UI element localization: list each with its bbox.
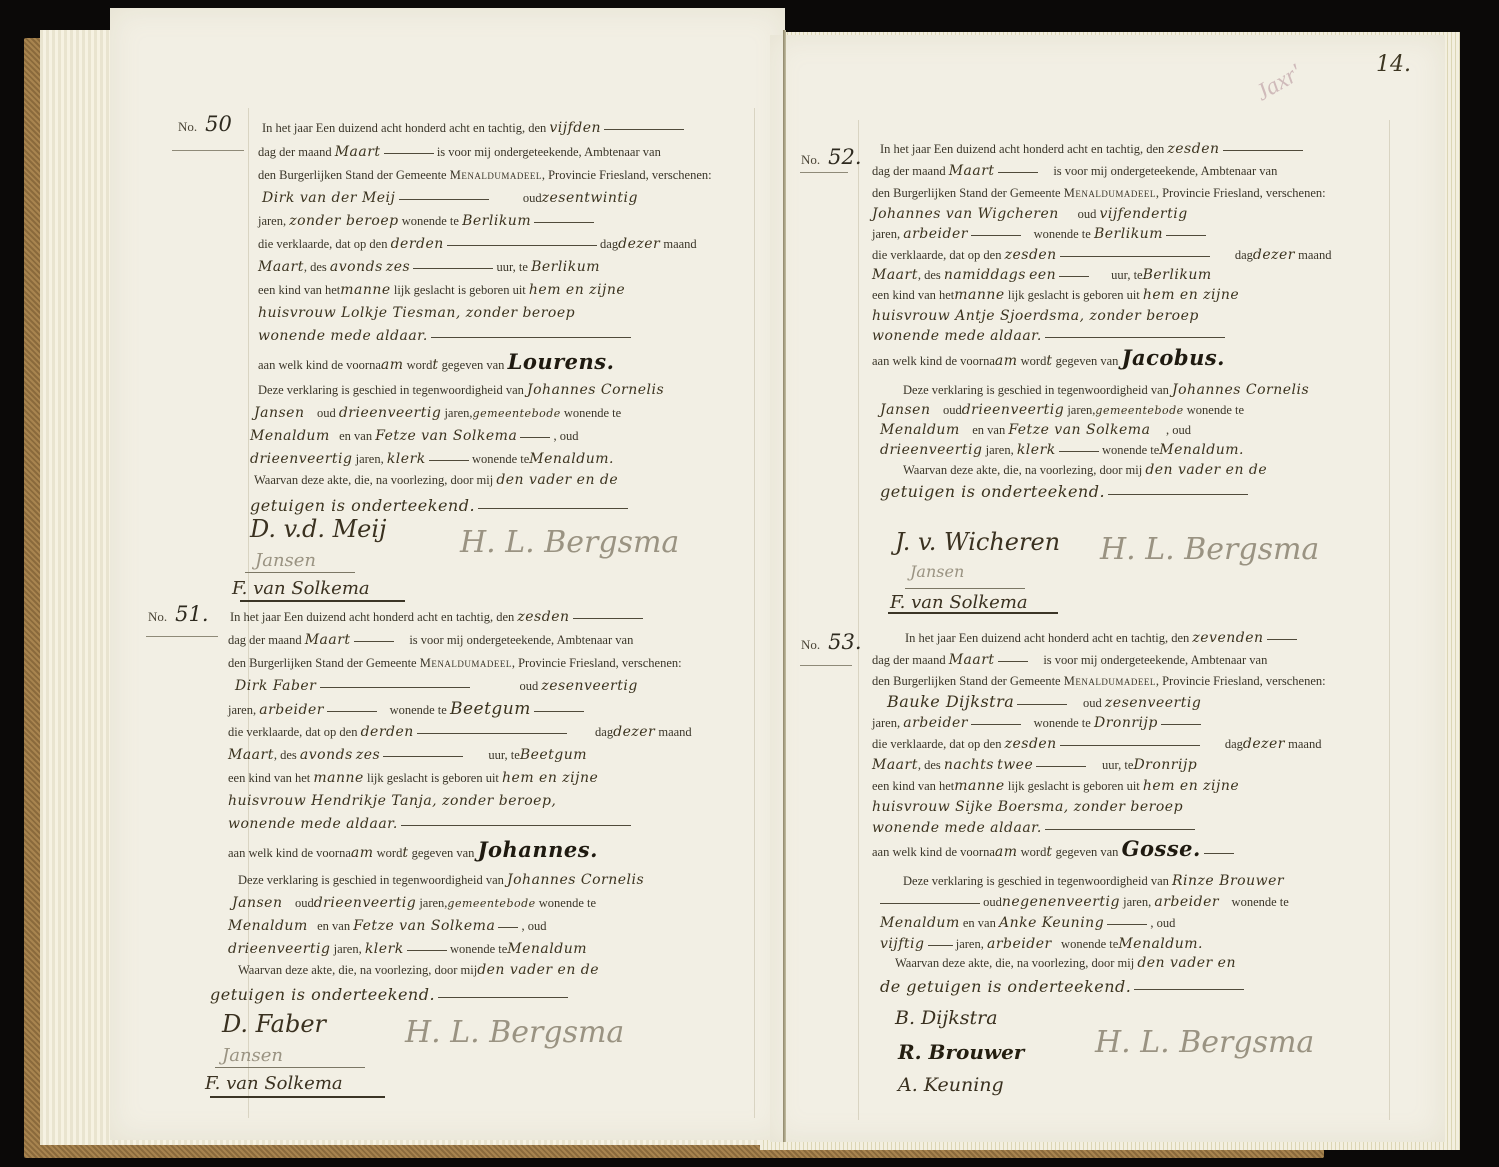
entry-line-6: die verklaarde, dat op den zesden dagdez… xyxy=(872,245,1331,267)
signature-witness-2: F. van Solkema xyxy=(232,578,370,599)
entry-line-8: een kind van hetmanne lijk geslacht is g… xyxy=(258,280,625,302)
entry-number-rule xyxy=(146,636,218,637)
book-gutter xyxy=(783,30,786,1142)
witness-line-1: Deze verklaring is geschied in tegenwoor… xyxy=(258,380,664,402)
signature-witness-1: Jansen xyxy=(255,550,316,571)
entry-line-7: Maart, des avonds zes uur, teBeetgum xyxy=(228,745,587,767)
entry-number: No.50 xyxy=(178,112,232,136)
entry-line-9: huisvrouw Sijke Boersma, zonder beroep xyxy=(872,797,1183,819)
signature-witness-2: F. van Solkema xyxy=(205,1073,343,1094)
signature-registrar: H. L. Bergsma xyxy=(1100,532,1319,567)
entry-line-7: Maart, des avonds zes uur, te Berlikum xyxy=(258,257,600,279)
signature-registrar: H. L. Bergsma xyxy=(460,525,679,560)
entry-line-3: den Burgerlijken Stand der Gemeente Mena… xyxy=(228,653,682,675)
witness-line-2: oudnegenenveertig jaren, arbeider wonend… xyxy=(880,892,1289,914)
entry-line-10: wonende mede aldaar. xyxy=(228,814,631,836)
signature-witness-2: F. van Solkema xyxy=(890,592,1028,613)
entry-line-1: In het jaar Een duizend acht honderd ach… xyxy=(262,118,684,140)
entry-line-5: jaren, zonder beroep wonende te Berlikum xyxy=(258,211,594,233)
entry-line-3: den Burgerlijken Stand der Gemeente Mena… xyxy=(872,183,1326,205)
witness-line-4: drieenveertig jaren, klerk wonende teMen… xyxy=(250,449,614,471)
signature-father: D. Faber xyxy=(222,1010,326,1038)
entry-line-7: Maart, des nachts twee uur, teDronrijp xyxy=(872,755,1197,777)
witness-line-2: Jansen oud drieenveertig jaren,gemeenteb… xyxy=(254,403,621,425)
entry-line-2: dag der maand Maart is voor mij onderget… xyxy=(228,630,633,652)
signature-underline xyxy=(210,1096,385,1098)
witness-line-3: Menaldum en van Fetze van Solkema , oud xyxy=(228,916,547,938)
entry-line-4: Dirk van der Meij oudzesentwintig xyxy=(262,188,638,210)
entry-line-6: die verklaarde, dat op den derden dagdez… xyxy=(228,722,692,744)
entry-line-3: den Burgerlijken Stand der Gemeente Mena… xyxy=(872,671,1326,693)
entry-number: No.52. xyxy=(801,145,862,169)
entry-line-6: die verklaarde, dat op den derden dagdez… xyxy=(258,234,697,256)
signature-father: B. Dijkstra xyxy=(895,1007,998,1029)
entry-line-1: In het jaar Een duizend acht honderd ach… xyxy=(905,628,1297,650)
child-name: Lourens. xyxy=(508,349,615,374)
entry-line-8: een kind van het manne lijk geslacht is … xyxy=(228,768,598,790)
witness-line-4: drieenveertig jaren, klerk wonende teMen… xyxy=(228,939,587,961)
child-name: Johannes. xyxy=(478,837,598,862)
entry-line-8: een kind van hetmanne lijk geslacht is g… xyxy=(872,776,1239,798)
signature-underline xyxy=(240,600,405,602)
witness-line-2: Jansen ouddrieenveertig jaren,gemeentebo… xyxy=(232,893,596,915)
entry-line-6: die verklaarde, dat op den zesden dagdez… xyxy=(872,734,1321,756)
entry-line-2: dag der maand Maart is voor mij onderget… xyxy=(258,142,661,164)
signature-witness-1: Jansen xyxy=(222,1045,283,1066)
signature-registrar: H. L. Bergsma xyxy=(1095,1025,1314,1060)
witness-line-5: Waarvan deze akte, die, na voorlezing, d… xyxy=(238,960,599,982)
entry-line-3: den Burgerlijken Stand der Gemeente Mena… xyxy=(258,165,712,187)
signature-witness-1: R. Brouwer xyxy=(898,1040,1024,1064)
entry-line-4: Bauke Dijkstra oud zesenveertig xyxy=(887,692,1201,714)
entry-line-4: Johannes van Wigcheren oud vijfendertig xyxy=(872,204,1188,226)
entry-line-5: jaren, arbeider wonende te Beetgum xyxy=(228,699,584,721)
entry-number: No.53. xyxy=(801,630,862,654)
entry-line-7: Maart, des namiddags een uur, teBerlikum xyxy=(872,265,1212,287)
page-number: 14. xyxy=(1376,52,1411,77)
witness-line-5: Waarvan deze akte, die, na voorlezing, d… xyxy=(903,460,1267,482)
witness-line-6: getuigen is onderteekend. xyxy=(210,985,568,1007)
entry-line-1: In het jaar Een duizend acht honderd ach… xyxy=(880,139,1303,161)
entry-line-2: dag der maand Maart is voor mij onderget… xyxy=(872,650,1267,672)
child-name: Jacobus. xyxy=(1122,345,1225,370)
entry-line-10: wonende mede aldaar. xyxy=(258,326,631,348)
entry-line-1: In het jaar Een duizend acht honderd ach… xyxy=(230,607,643,629)
entry-line-11: aan welk kind de voornaam wordt gegeven … xyxy=(872,839,1234,861)
entry-line-8: een kind van hetmanne lijk geslacht is g… xyxy=(872,285,1239,307)
witness-line-3: Menaldum en van Fetze van Solkema , oud xyxy=(880,420,1191,442)
witness-line-6: getuigen is onderteekend. xyxy=(880,482,1248,504)
signature-father: J. v. Wicheren xyxy=(895,528,1060,556)
entry-line-9: huisvrouw Hendrikje Tanja, zonder beroep… xyxy=(228,791,556,813)
entry-line-5: jaren, arbeider wonende te Berlikum xyxy=(872,224,1206,246)
witness-line-1: Deze verklaring is geschied in tegenwoor… xyxy=(238,870,644,892)
witness-line-2: Jansen ouddrieenveertig jaren,gemeentebo… xyxy=(880,400,1244,422)
witness-line-5: Waarvan deze akte, die, na voorlezing, d… xyxy=(254,470,618,492)
entry-line-5: jaren, arbeider wonende te Dronrijp xyxy=(872,713,1201,735)
entry-number-rule xyxy=(800,665,852,666)
entry-line-11: aan welk kind de voornaam wordt gegeven … xyxy=(228,840,598,862)
entry-line-11: aan welk kind de voornaam wordt gegeven … xyxy=(258,352,614,374)
entry-line-11: aan welk kind de voornaam wordt gegeven … xyxy=(872,348,1225,370)
entry-line-9: huisvrouw Lolkje Tiesman, zonder beroep xyxy=(258,303,575,325)
entry-line-9: huisvrouw Antje Sjoerdsma, zonder beroep xyxy=(872,306,1199,328)
signature-registrar: H. L. Bergsma xyxy=(405,1015,624,1050)
signature-witness-2: A. Keuning xyxy=(898,1074,1004,1096)
witness-line-5: Waarvan deze akte, die, na voorlezing, d… xyxy=(895,953,1236,975)
entry-number-rule xyxy=(172,150,244,151)
signature-underline xyxy=(245,572,355,573)
witness-line-4: drieenveertig jaren, klerk wonende teMen… xyxy=(880,440,1244,462)
witness-line-6: de getuigen is onderteekend. xyxy=(880,977,1244,999)
child-name: Gosse. xyxy=(1122,836,1201,861)
witness-line-3: Menaldum en van Anke Keuning , oud xyxy=(880,913,1175,935)
entry-number: No.51. xyxy=(148,602,209,626)
signature-witness-1: Jansen xyxy=(910,562,964,581)
witness-line-1: Deze verklaring is geschied in tegenwoor… xyxy=(903,380,1309,402)
signature-underline xyxy=(215,1067,365,1068)
entry-line-2: dag der maand Maart is voor mij onderget… xyxy=(872,161,1277,183)
witness-line-1: Deze verklaring is geschied in tegenwoor… xyxy=(903,871,1284,893)
entry-number-rule xyxy=(800,172,848,173)
witness-line-3: Menaldum en van Fetze van Solkema , oud xyxy=(250,426,579,448)
signature-underline xyxy=(888,612,1058,614)
signature-underline xyxy=(905,588,1025,589)
entry-line-4: Dirk Faber oud zesenveertig xyxy=(235,676,638,698)
signature-father: D. v.d. Meij xyxy=(250,515,387,543)
